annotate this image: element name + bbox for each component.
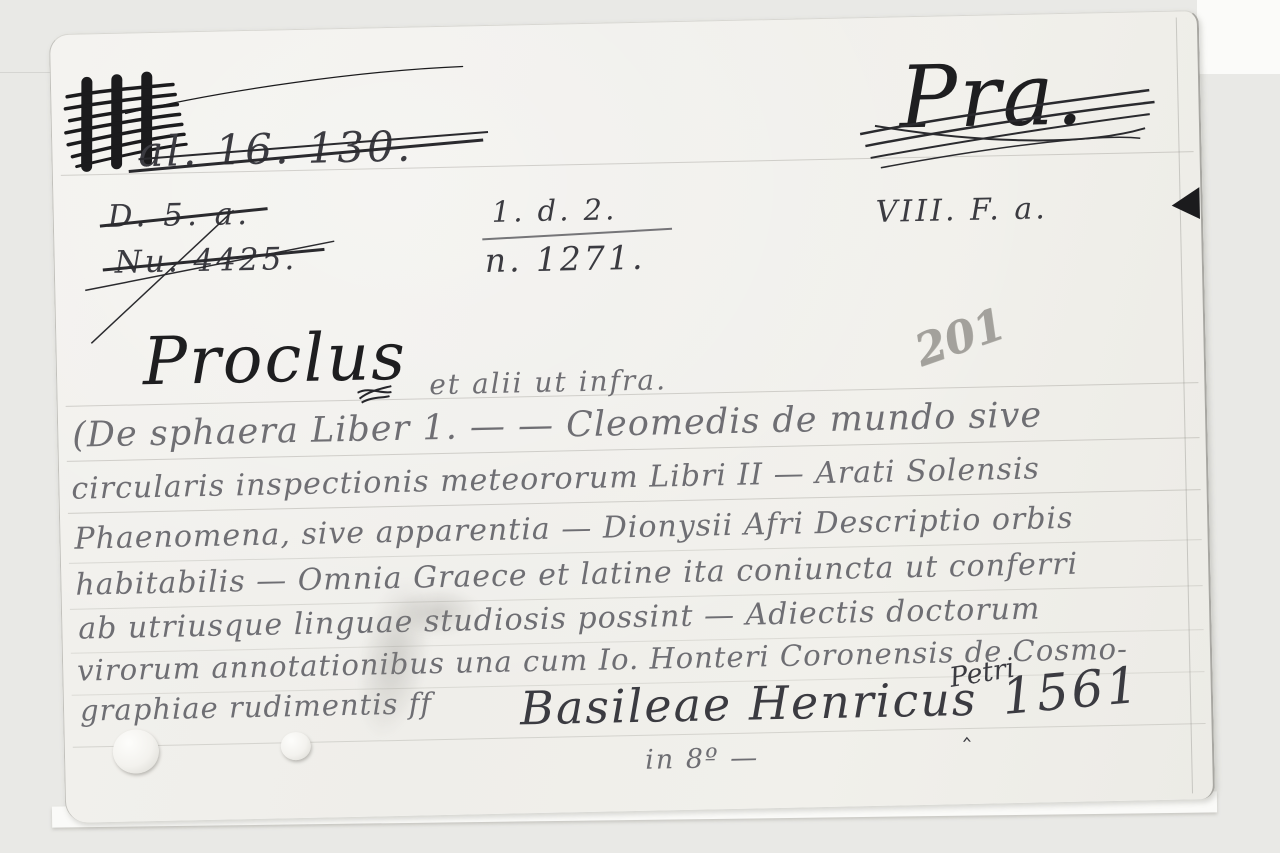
imprint-place-publisher: Basileae Henricus — [520, 676, 978, 732]
call-number-top: 1. d. 2. — [491, 195, 617, 227]
crossed-shelfmark-2: D. 5. a. — [107, 199, 251, 233]
body-line: (De sphaera Liber 1. — — Cleomedis de mu… — [72, 398, 1043, 453]
body-line: circularis inspectionis meteororum Libri… — [71, 454, 1040, 504]
paper-bump — [281, 732, 312, 761]
crossed-shelfmark-2-text: D. 5. a. — [107, 196, 251, 235]
card-crease — [1176, 18, 1193, 794]
crossed-shelfmark-1: al. 16. 130. — [138, 126, 414, 174]
imprint-caret: ‸ — [962, 716, 971, 740]
crossed-word: Pra. — [898, 51, 1085, 141]
paper-bump — [112, 729, 159, 774]
crossed-shelfmark-3-text: Nu. 4425. — [114, 241, 297, 281]
classification-mark: VIII. F. a. — [875, 194, 1048, 228]
imprint-format: in 8º — — [645, 744, 760, 773]
heading-addition: et alii ut infra. — [429, 366, 667, 399]
crossed-shelfmark-3: Nu. 4425. — [114, 244, 297, 279]
edge-tear-mark — [1169, 187, 1202, 222]
call-number-bottom: n. 1271. — [484, 241, 645, 277]
crossed-word-text: Pra. — [898, 44, 1086, 148]
imprint-year: 1561 — [1000, 660, 1143, 722]
catalog-card: al. 16. 130. D. 5. a. Nu. 4425. 1. d. 2.… — [49, 10, 1215, 823]
backing-scratch-line — [0, 72, 56, 73]
crossed-shelfmark-1-text: al. 16. 130. — [138, 122, 414, 177]
body-line: Phaenomena, sive apparentia — Dionysii A… — [74, 504, 1074, 555]
backing-highlight-top-right — [1197, 0, 1280, 74]
pencil-number: 201 — [910, 302, 1011, 374]
ink-blot-scribble — [357, 380, 394, 407]
scanned-catalog-card-page: { "document": { "marks": { "tally": "III… — [0, 0, 1280, 853]
